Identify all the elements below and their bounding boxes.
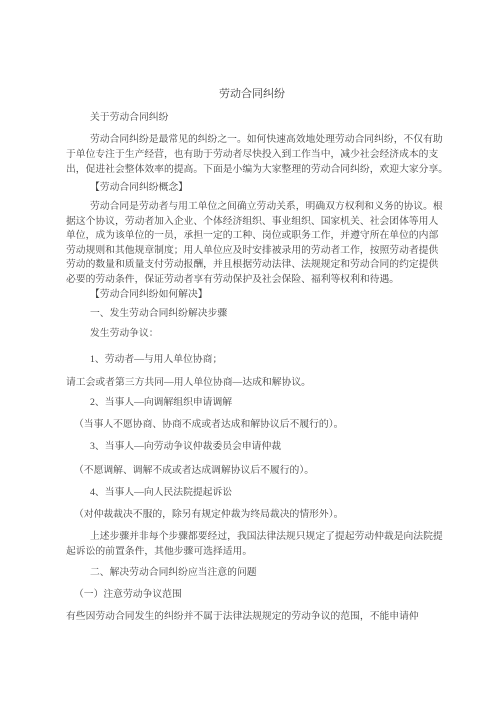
document-title: 劳动合同纠纷 [66,87,438,102]
resolve-heading: 【劳动合同纠纷如何解决】 [66,287,438,302]
section-2-heading: 二、解决劳动合同纠纷应当注意的问题 [66,565,438,580]
summary-paragraph: 上述步骤并非每个步骤都要经过，我国法律法规只规定了提起劳动仲裁是向法院提 起诉讼… [66,529,438,559]
step-1-note: 请工会或者第三方共同—用人单位协商—达成和解协议。 [66,375,438,390]
section-1-heading: 一、发生劳动合同纠纷解决步骤 [66,306,438,321]
paragraph-line: 于单位专注于生产经营，也有助于劳动者尽快投入到工作当中，减少社会经济成本的支 [66,147,438,162]
subsection-1-heading: （一）注意劳动争议范围 [66,587,438,602]
paragraph-line: 必要的劳动条件，保证劳动者享有劳动保护及社会保险、福利等权利和待遇。 [66,273,438,288]
step-3: 3、当事人—向劳动争议仲裁委员会申请仲裁 [66,439,438,454]
step-1: 1、劳动者—与用人单位协商； [66,352,438,367]
subsection-1-body: 有些因劳动合同发生的纠纷并不属于法律法规规定的劳动争议的范围，不能申请仲 [66,609,438,624]
paragraph-line: 单位，成为该单位的一员，承担一定的工种、岗位或职务工作，并遵守所在单位的内部 [66,229,438,244]
document-page: 劳动合同纠纷 关于劳动合同纠纷 劳动合同纠纷是最常见的纠纷之一。如何快速高效地处… [0,0,500,707]
paragraph-line: 上述步骤并非每个步骤都要经过，我国法律法规只规定了提起劳动仲裁是向法院提 [66,529,438,544]
intro-paragraph: 劳动合同纠纷是最常见的纠纷之一。如何快速高效地处理劳动合同纠纷，不仅有助 于单位… [66,132,438,177]
paragraph-line: 据这个协议，劳动者加入企业、个体经济组织、事业组织、国家机关、社会团体等用人 [66,215,438,230]
document-content: 劳动合同纠纷 关于劳动合同纠纷 劳动合同纠纷是最常见的纠纷之一。如何快速高效地处… [66,87,438,624]
paragraph-line: 劳动规则和其他规章制度；用人单位应及时安排被录用的劳动者工作，按照劳动者提供 [66,244,438,259]
step-3-note: （不愿调解、调解不成或者达成调解协议后不履行的）。 [66,463,438,478]
concept-paragraph: 劳动合同是劳动者与用工单位之间确立劳动关系，明确双方权利和义务的协议。根 据这个… [66,200,438,287]
paragraph-line: 起诉讼的前置条件，其他步骤可选择适用。 [66,544,438,559]
step-4-note: （对仲裁裁决不服的，除另有规定仲裁为终局裁决的情形外）。 [66,507,438,522]
step-2: 2、当事人—向调解组织申请调解 [66,395,438,410]
paragraph-line: 劳动合同纠纷是最常见的纠纷之一。如何快速高效地处理劳动合同纠纷，不仅有助 [66,132,438,147]
paragraph-line: 劳动合同是劳动者与用工单位之间确立劳动关系，明确双方权利和义务的协议。根 [66,200,438,215]
about-heading: 关于劳动合同纠纷 [66,110,438,125]
concept-heading: 【劳动合同纠纷概念】 [66,180,438,195]
paragraph-line: 出，促进社会整体效率的提高。下面是小编为大家整理的劳动合同纠纷，欢迎大家分享。 [66,162,438,177]
paragraph-line: 劳动的数量和质量支付劳动报酬，并且根据劳动法律、法规规定和劳动合同的约定提供 [66,258,438,273]
step-4: 4、当事人—向人民法院提起诉讼 [66,485,438,500]
step-2-note: （当事人不愿协商、协商不成或者达成和解协议后不履行的）。 [66,417,438,432]
dispute-intro: 发生劳动争议： [66,326,438,341]
